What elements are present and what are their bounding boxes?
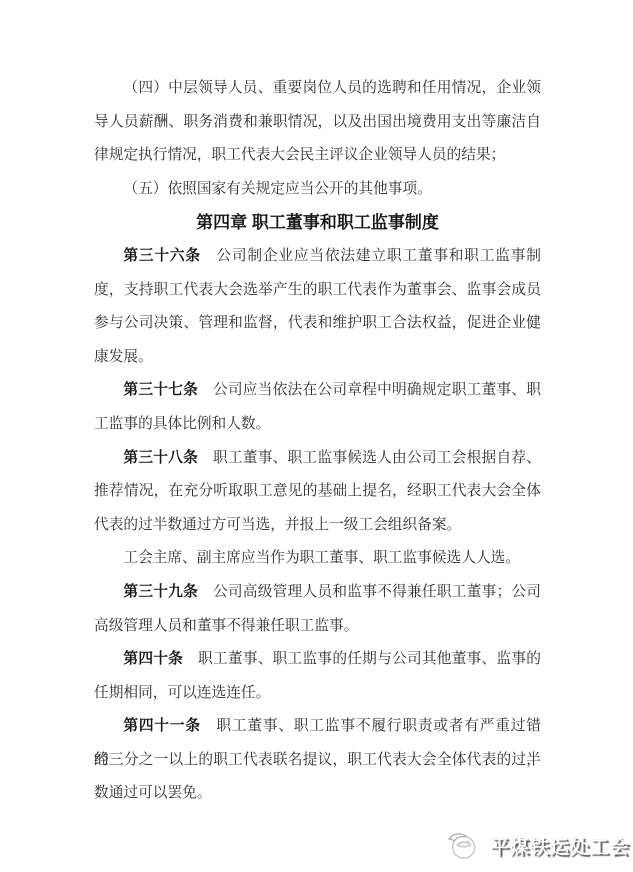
doc-line: 第四十一条 职工董事、职工监事不履行职责或者有严重过错的， <box>94 710 541 744</box>
doc-line: 数通过可以罢免。 <box>94 777 541 811</box>
dove-logo-icon <box>443 825 483 865</box>
doc-line: （四）中层领导人员、重要岗位人员的选聘和任用情况，企业领 <box>94 72 541 106</box>
article-number: 第三十七条 <box>123 382 198 398</box>
doc-line: 代表的过半数通过方可当选，并报上一级工会组织备案。 <box>94 509 541 543</box>
doc-line: 工监事的具体比例和人数。 <box>94 408 541 442</box>
article-number: 第四十条 <box>123 651 183 667</box>
doc-line: （五）依照国家有关规定应当公开的其他事项。 <box>94 173 541 207</box>
doc-line: 任期相同，可以连选连任。 <box>94 677 541 711</box>
doc-line: 第三十六条 公司制企业应当依法建立职工董事和职工监事制 <box>94 240 541 274</box>
doc-line: 推荐情况，在充分听取职工意见的基础上提名，经职工代表大会全体 <box>94 475 541 509</box>
doc-line: 第三十七条 公司应当依法在公司章程中明确规定职工董事、职 <box>94 374 541 408</box>
chapter-heading: 第四章 职工董事和职工监事制度 <box>94 206 541 240</box>
article-number: 第四十一条 <box>123 718 200 734</box>
doc-line: 第三十九条 公司高级管理人员和监事不得兼任职工董事；公司 <box>94 576 541 610</box>
doc-line: 康发展。 <box>94 341 541 375</box>
article-number: 第三十六条 <box>123 248 200 264</box>
document-page: （四）中层领导人员、重要岗位人员的选聘和任用情况，企业领导人员薪酬、职务消费和兼… <box>0 0 633 872</box>
doc-line: 度，支持职工代表大会选举产生的职工代表作为董事会、监事会成员 <box>94 274 541 308</box>
watermark-text: 平煤铁运处工会 <box>490 832 630 859</box>
document-lines: （四）中层领导人员、重要岗位人员的选聘和任用情况，企业领导人员薪酬、职务消费和兼… <box>94 72 541 811</box>
doc-line: 律规定执行情况，职工代表大会民主评议企业领导人员的结果； <box>94 139 541 173</box>
doc-line: 参与公司决策、管理和监督，代表和维护职工合法权益，促进企业健 <box>94 307 541 341</box>
doc-line: 高级管理人员和董事不得兼任职工监事。 <box>94 610 541 644</box>
doc-line: 工会主席、副主席应当作为职工董事、职工监事候选人人选。 <box>94 542 541 576</box>
doc-line: 第三十八条 职工董事、职工监事候选人由公司工会根据自荐、 <box>94 442 541 476</box>
watermark: 平煤铁运处工会 <box>443 825 630 865</box>
article-number: 第三十九条 <box>123 584 198 600</box>
doc-line: 经三分之一以上的职工代表联名提议，职工代表大会全体代表的过半 <box>94 744 541 778</box>
doc-line: 第四十条 职工董事、职工监事的任期与公司其他董事、监事的 <box>94 643 541 677</box>
article-number: 第三十八条 <box>123 450 198 466</box>
doc-line: 导人员薪酬、职务消费和兼职情况，以及出国出境费用支出等廉洁自 <box>94 106 541 140</box>
